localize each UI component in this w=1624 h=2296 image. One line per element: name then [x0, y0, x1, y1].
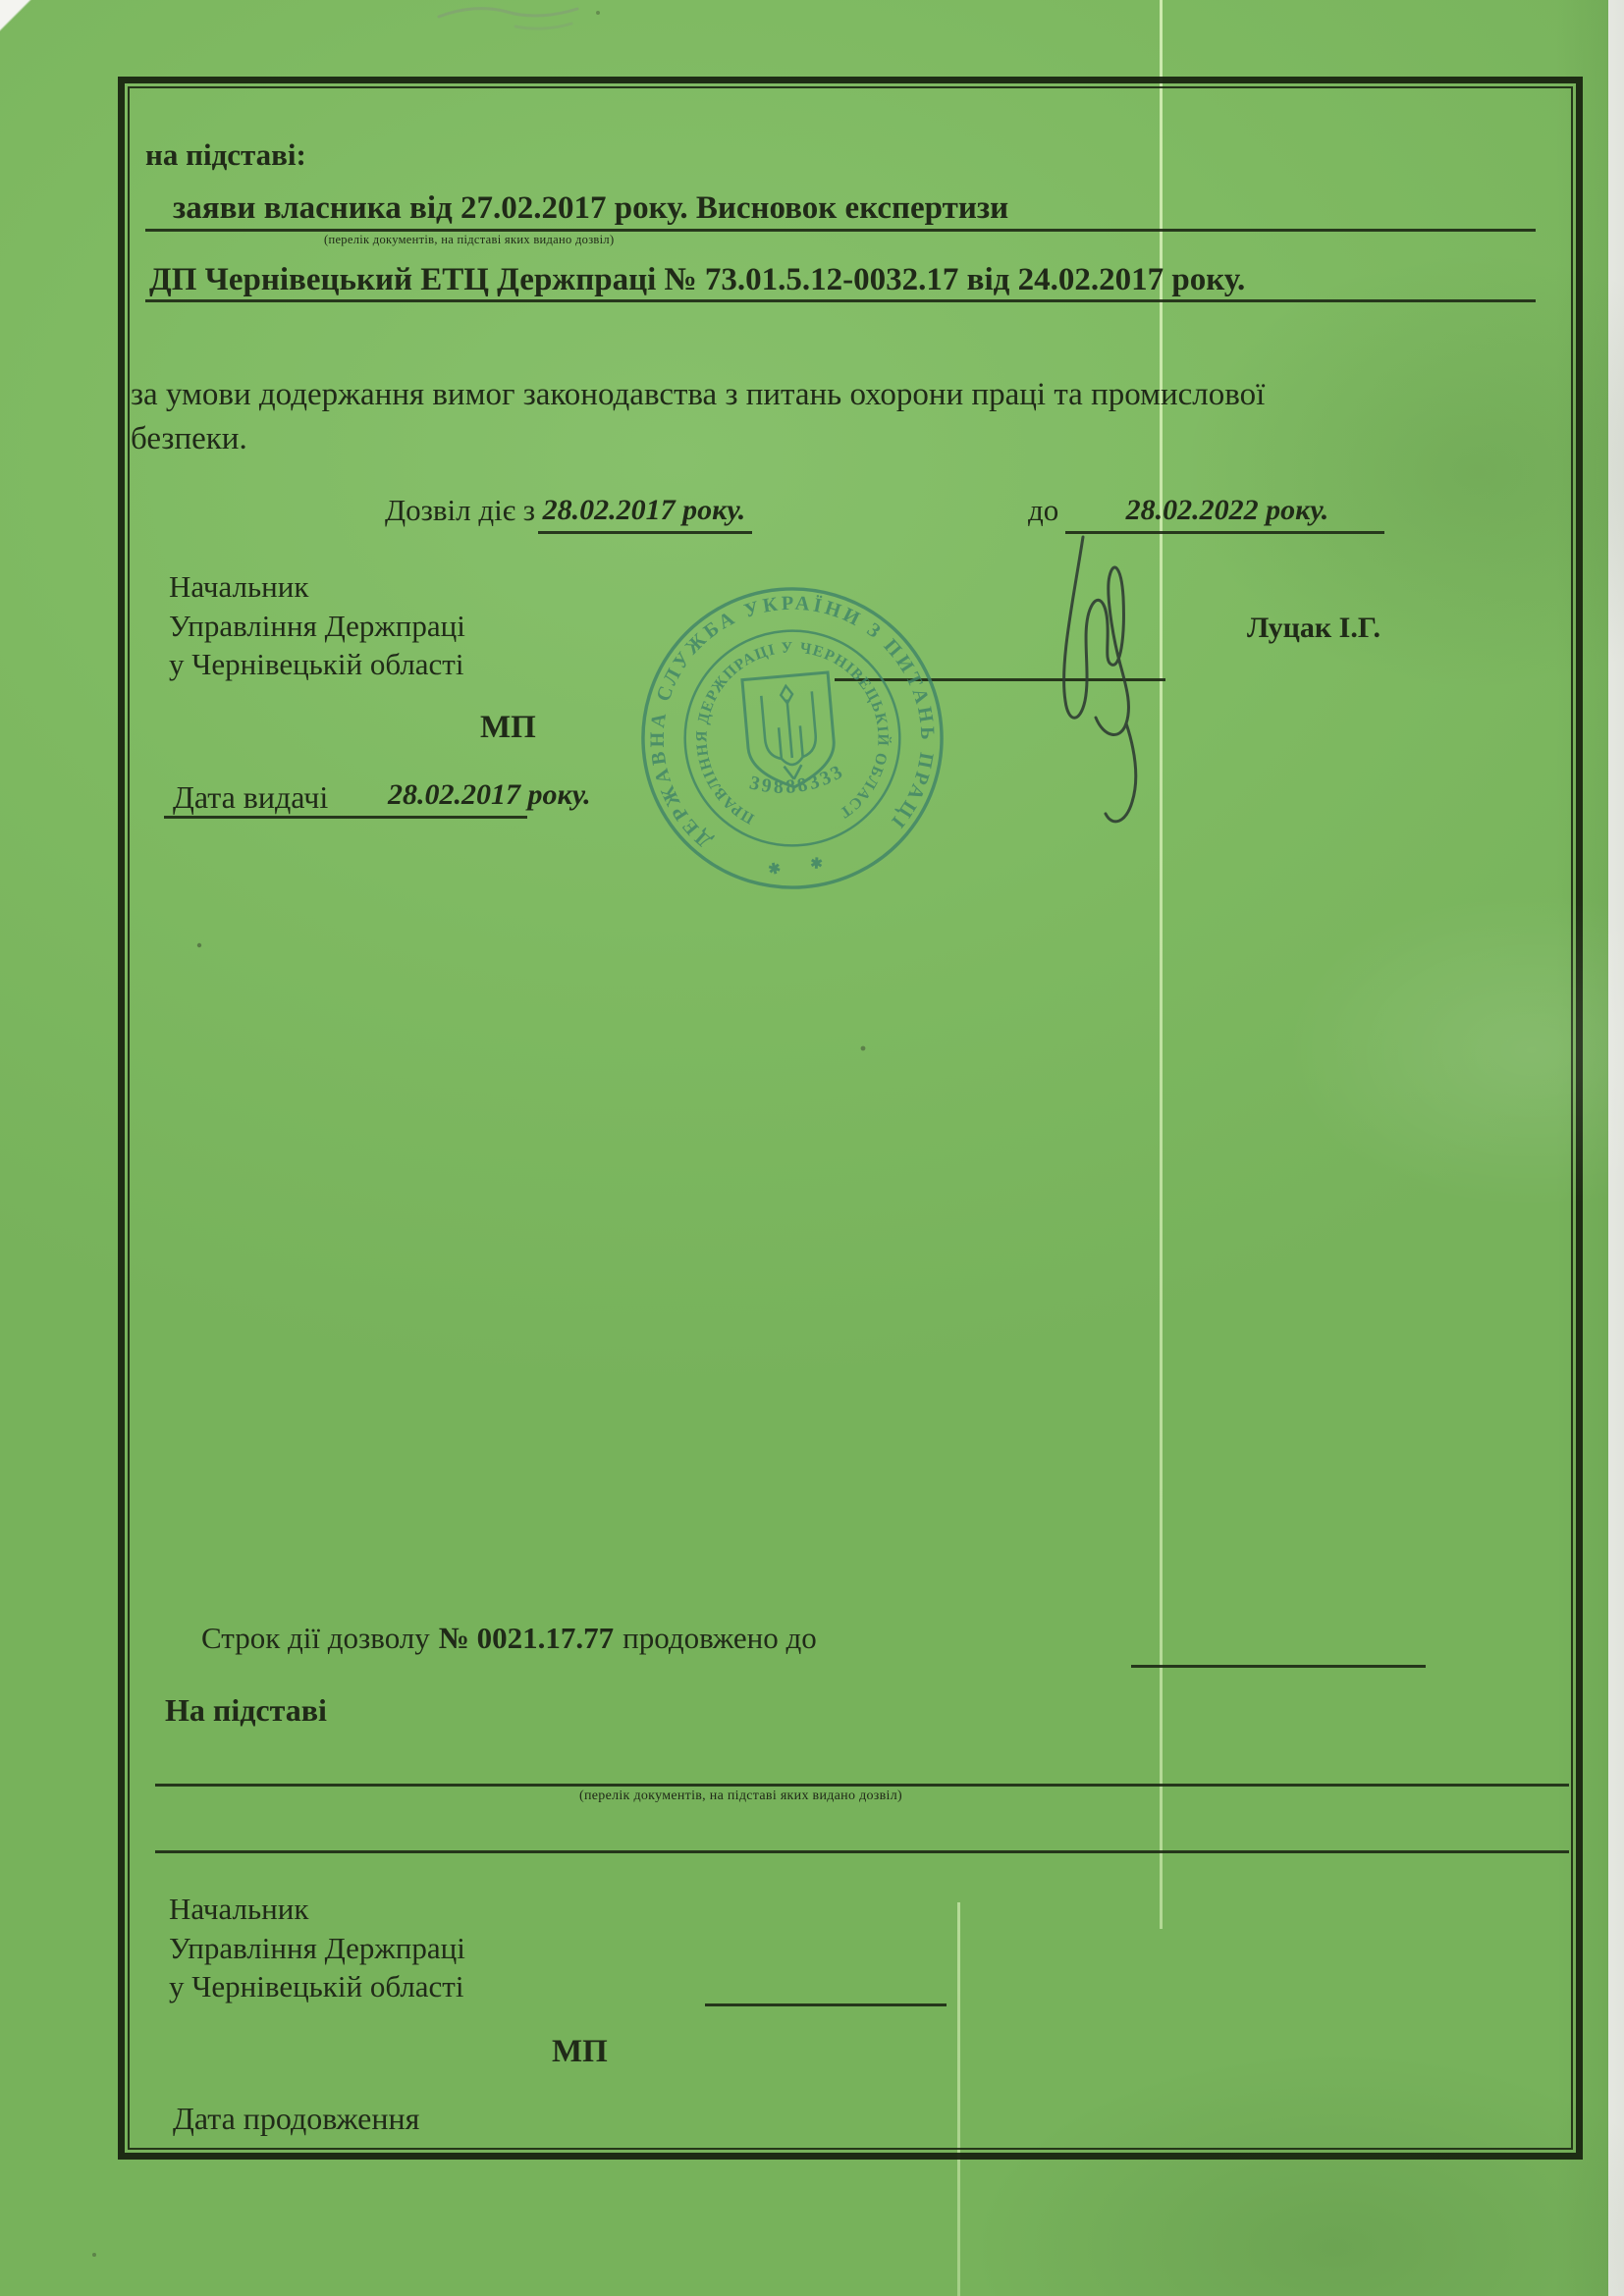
basis-entry-2: ДП Чернівецький ЕТЦ Держпраці № 73.01.5.…	[149, 261, 1245, 299]
stamp-separator-star-right: ✱	[810, 853, 824, 870]
basis-underline-1	[145, 229, 1536, 232]
validity-to-date: 28.02.2022 року.	[1070, 493, 1384, 527]
issue-date-value: 28.02.2017 року.	[388, 777, 591, 812]
validity-to-label: до	[1028, 493, 1058, 529]
officer-title-line-3: у Чернівецькій області	[169, 645, 465, 684]
based-on-label: на підставі:	[145, 137, 306, 174]
extension-officer-title-block: Начальник Управління Держпраці у Черніве…	[169, 1890, 465, 2006]
stamp-inner-circle	[677, 622, 909, 855]
issue-date-label: Дата видачі	[173, 779, 328, 817]
officer-title-line-1: Начальник	[169, 567, 465, 607]
extension-blank-line-2	[155, 1850, 1569, 1853]
extension-prefix: Строк дії дозволу	[201, 1621, 430, 1655]
extension-caption: (перелік документів, на підставі яких ви…	[579, 1789, 902, 1804]
officer-name: Луцак І.Г.	[1247, 611, 1380, 645]
basis-underline-2	[145, 299, 1536, 302]
validity-from-underline	[538, 531, 752, 534]
extension-officer-line-1: Начальник	[169, 1890, 465, 1929]
stamp-outer-circle	[636, 582, 948, 894]
permit-number: № 0021.17.77	[439, 1621, 614, 1655]
extension-blank-line-1	[155, 1784, 1569, 1787]
extension-signature-line	[705, 2003, 947, 2006]
stamp-registry-number: 39888333	[745, 759, 849, 801]
basis-caption: (перелік документів, на підставі яких ви…	[324, 233, 614, 247]
extension-based-on-label: На підставі	[165, 1692, 327, 1730]
condition-line-2: безпеки.	[131, 417, 1525, 461]
seal-place-abbr: МП	[480, 709, 536, 747]
extension-officer-line-3: у Чернівецькій області	[169, 1967, 465, 2006]
scanned-permit-page: на підставі: заяви власника від 27.02.20…	[0, 0, 1624, 2296]
extension-date-label: Дата продовження	[173, 2101, 419, 2138]
officer-title-line-2: Управління Держпраці	[169, 607, 465, 646]
condition-line-1: за умови додержання вимог законодавства …	[131, 373, 1525, 417]
basis-entry-1: заяви власника від 27.02.2017 року. Висн…	[173, 189, 1008, 228]
officer-title-block: Начальник Управління Держпраці у Черніве…	[169, 567, 465, 684]
extension-seal-place-abbr: МП	[552, 2033, 608, 2071]
validity-to-underline	[1065, 531, 1384, 534]
validity-label: Дозвіл діє з	[385, 493, 535, 529]
extension-date-blank-line	[1131, 1665, 1426, 1668]
extension-sentence: Строк дії дозволу№ 0021.17.77продовжено …	[201, 1621, 817, 1657]
extension-suffix: продовжено до	[623, 1621, 817, 1655]
paper-corner-fold	[0, 0, 45, 45]
condition-paragraph: за умови додержання вимог законодавства …	[131, 373, 1525, 461]
stamp-separator-star-left: ✱	[766, 858, 782, 877]
official-round-stamp: ДЕРЖАВНА СЛУЖБА УКРАЇНИ З ПИТАНЬ ПРАЦІ У…	[636, 582, 948, 894]
issue-date-underline	[164, 816, 527, 819]
stamp-outer-ring-text: ДЕРЖАВНА СЛУЖБА УКРАЇНИ З ПИТАНЬ ПРАЦІ	[636, 582, 947, 856]
extension-officer-line-2: Управління Держпраці	[169, 1929, 465, 1968]
validity-from-date: 28.02.2017 року.	[535, 493, 753, 527]
